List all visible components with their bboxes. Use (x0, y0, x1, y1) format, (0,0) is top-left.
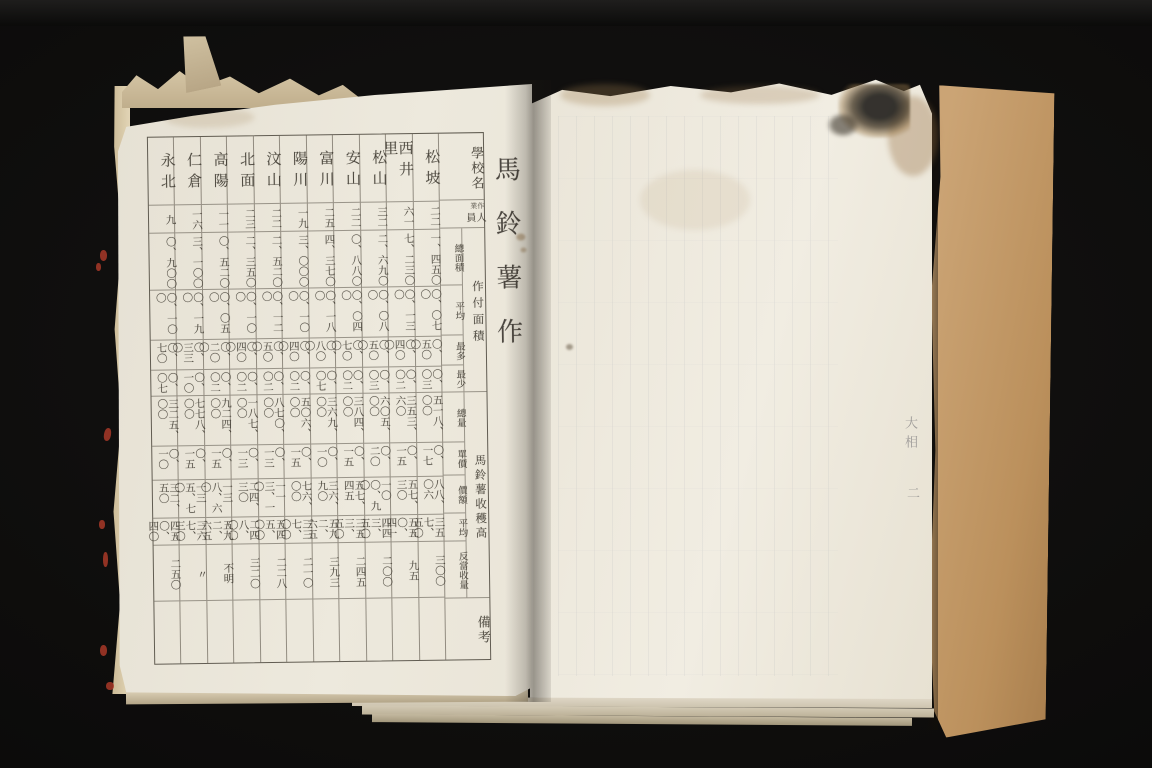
remarks-cell (234, 600, 260, 662)
area-sub-total: 總面積 (440, 228, 462, 286)
header-remarks: 備考 (445, 598, 490, 660)
table-cell: 九五 (392, 542, 418, 598)
photo-backdrop-glow (0, 0, 1152, 26)
page-top-stain (700, 86, 820, 104)
left-page-content: 永北九〇、九〇〇〇、一〇〇〇、七〇〇、〇七三二五、〇〇〇、一〇三二、五〇四五〇、… (114, 81, 537, 699)
table-cell: 〇、一九〇 (176, 290, 202, 340)
remarks-cell (340, 599, 366, 661)
table-cell: 五〇六、〇〇 (284, 395, 310, 445)
ink-stain-small (826, 112, 860, 138)
page-top-stain (560, 84, 650, 106)
table-cell: 〇、一五 (284, 444, 310, 478)
table-cell: 〇、〇五〇 (203, 290, 229, 340)
header-personnel-label: 人員 (440, 212, 484, 227)
remarks-cell (287, 600, 313, 662)
table-cell: 二三 (228, 204, 254, 232)
table-cell: 八七〇、〇〇 (257, 395, 283, 445)
table-cell: 〇、〇七 (310, 368, 336, 394)
remarks-cell (392, 598, 418, 660)
harvest-header-group: 總量 單價 價額 平均 反當收量 馬鈴薯收穫高 (442, 392, 489, 599)
remarks-cell (207, 601, 233, 663)
table-cell: 〇、〇七〇 (415, 287, 441, 337)
table-cell: 二二 (413, 201, 439, 229)
table-cell: 三六、九〇 (311, 478, 337, 516)
page-faint-stain (164, 107, 254, 128)
page-faint-stain (640, 170, 750, 230)
table-cell: 〇、一五 (390, 443, 416, 477)
table-cell: 六〇五、〇〇 (363, 393, 389, 443)
red-edge-mark (96, 263, 101, 271)
table-cell: 五七、三〇 (391, 477, 417, 515)
table-cell: 〃 (180, 545, 206, 601)
table-cell: 二四五 (339, 543, 365, 599)
harvest-group-label: 馬鈴薯收穫高 (463, 392, 489, 597)
table-cell: 一一三、一〇 (258, 479, 284, 517)
table-cell: 三二五、〇〇 (152, 396, 178, 446)
area-group-label: 作付面積 (461, 228, 486, 391)
remarks-cell (313, 599, 339, 661)
table-cell: 〇、一五 (205, 445, 231, 479)
table-cell: 〇、一〇 (178, 370, 204, 396)
table-cell: 〇、一〇〇 (229, 290, 255, 340)
table-cell: 一三八、六〇 (206, 479, 232, 517)
header-school-name: 學校名 (439, 133, 484, 201)
pencil-note-line2: 二 (903, 486, 922, 505)
table-cell: 〇、〇二 (336, 368, 362, 394)
table-cell: 〇、〇三 (416, 367, 442, 393)
kraft-paper-sheet (921, 85, 1054, 739)
area-sub-labels: 總面積 平均 最多 最少 (440, 228, 463, 391)
table-cell: 四、三七〇 (308, 231, 334, 289)
header-personnel-small: 作業 (440, 202, 484, 213)
school-name: 陽川 (280, 136, 306, 204)
table-cell: 〇、五二〇 (202, 232, 228, 290)
table-cell: 一〇〇、九〇 (364, 477, 390, 515)
red-edge-mark (103, 552, 108, 567)
red-edge-mark (100, 250, 107, 261)
school-name: 西井里 (386, 134, 412, 202)
table-cell: 〇、一三 (258, 445, 284, 479)
area-sub-least: 最少 (442, 365, 463, 391)
area-sub-average: 平均 (441, 286, 463, 336)
table-cell: 不明 (206, 545, 232, 601)
table-cell: 二〇〇 (365, 543, 391, 599)
school-name: 富川 (307, 135, 333, 203)
red-edge-mark (100, 645, 107, 656)
table-cell: 二、五二〇 (255, 232, 281, 290)
table-cell: 三八四、〇〇 (337, 394, 363, 444)
table-cell: 〇、八八〇 (334, 230, 360, 288)
table-cell: 二二 (255, 204, 281, 232)
harvest-sub-labels: 總量 單價 價額 平均 反當收量 (442, 392, 466, 597)
left-document-page: 永北九〇、九〇〇〇、一〇〇〇、七〇〇、〇七三二五、〇〇〇、一〇三二、五〇四五〇、… (118, 84, 532, 696)
remarks-cell (419, 598, 445, 660)
table-cell: 〇、〇七 (151, 370, 177, 396)
header-personnel: 作業人員 (440, 200, 484, 228)
red-edge-mark (106, 682, 114, 690)
table-cell: 〇、一五 (337, 444, 363, 478)
table-cell: 一八七、〇〇 (231, 395, 257, 445)
harvest-sub-value: 價額 (444, 476, 466, 514)
table-cell: 二二 (334, 203, 360, 231)
harvest-sub-unitprice: 單價 (443, 442, 464, 476)
table-cell: 〇、一二〇 (256, 289, 282, 339)
table-cell: 〇、〇三 (363, 368, 389, 394)
table-cell: 九二四、〇〇 (204, 396, 230, 446)
red-edge-mark (99, 520, 105, 529)
school-name: 安山 (333, 135, 359, 203)
table-cell: 一一 (202, 204, 228, 232)
table-cell: 〇、九〇〇 (149, 233, 175, 291)
table-cell: 〇、一五 (179, 446, 205, 480)
table-cell: 二、三五〇 (229, 232, 255, 290)
table-cell: 二、六九〇 (361, 230, 387, 288)
table-cell: 〇、一八〇 (309, 289, 335, 339)
school-name: 汶山 (254, 136, 280, 204)
table-cell: 三六九、〇〇 (310, 394, 336, 444)
table-header-column: 學校名 作業人員 總面積 平均 最多 最少 作付面積 總量 單價 價額 (439, 133, 490, 660)
table-cell: 二二八 (259, 544, 285, 600)
area-sub-most: 最多 (442, 335, 463, 365)
table-cell: 二一〇 (286, 544, 312, 600)
harvest-sub-average: 平均 (444, 514, 465, 542)
potato-crop-table: 永北九〇、九〇〇〇、一〇〇〇、七〇〇、〇七三二五、〇〇〇、一〇三二、五〇四五〇、… (147, 132, 491, 665)
table-cell: 九 (149, 205, 175, 233)
school-name: 仁倉 (174, 137, 200, 205)
remarks-cell (181, 601, 207, 663)
table-cell: 七六、〇〇 (285, 478, 311, 516)
table-cell: 〇、〇二 (389, 367, 415, 393)
table-cell: 三、一〇〇 (176, 233, 202, 291)
table-cell: 三〇〇 (418, 542, 444, 598)
table-cell: 三、〇〇〇 (281, 231, 307, 289)
school-name: 高陽 (201, 137, 227, 205)
table-cell: 〇、一〇〇 (150, 291, 176, 341)
table-cell: 七七八、〇〇 (178, 396, 204, 446)
table-cell: 一、四五〇 (414, 229, 440, 287)
page-title-vertical: 馬鈴薯作 (487, 155, 527, 371)
table-cell: 〇、二〇 (364, 443, 390, 477)
table-cell: 七、二三〇 (387, 230, 413, 288)
table-cell: 三二 (360, 202, 386, 230)
table-cell: 五一八、〇〇 (416, 393, 442, 443)
table-cell: 六一 (387, 202, 413, 230)
table-cell: 二五 (308, 203, 334, 231)
page-spot (566, 344, 573, 350)
table-cell: 〇、一〇〇 (282, 289, 308, 339)
table-cell: 〇、一三 (232, 445, 258, 479)
table-cell: 〇、一三〇 (388, 287, 414, 337)
table-cell: 三九三 (312, 544, 338, 600)
table-cell: 二五〇 (154, 546, 180, 602)
table-cell: 〇、一七 (417, 443, 443, 477)
table-cell: 〇、〇二 (283, 369, 309, 395)
pencil-note-line1: 大相 (901, 416, 920, 454)
table-cell: 〇、〇八〇 (362, 288, 388, 338)
area-header-group: 總面積 平均 最多 最少 作付面積 (440, 228, 486, 393)
remarks-cell (154, 602, 180, 664)
school-name: 松坡 (412, 134, 438, 202)
table-cell: 〇、一〇 (152, 446, 178, 480)
table-cell: 〇、〇二 (257, 369, 283, 395)
table-cell: 三五三、六〇 (390, 393, 416, 443)
school-name: 永北 (148, 137, 174, 205)
remarks-cell (366, 599, 392, 661)
table-cell: 〇、一〇 (311, 444, 337, 478)
school-name: 北面 (227, 136, 253, 204)
table-cell: 一六 (175, 205, 201, 233)
table-cell: 〇、〇二 (204, 370, 230, 396)
table-cell: 〇、〇二 (230, 369, 256, 395)
page-spot (520, 247, 526, 252)
table-cell: 三五七、五〇 (418, 514, 444, 542)
table-cell: 一九 (281, 203, 307, 231)
table-cell: 〇、〇四〇 (335, 288, 361, 338)
remarks-cell (260, 600, 286, 662)
harvest-sub-total: 總量 (442, 392, 464, 442)
harvest-sub-yield: 反當收量 (445, 541, 467, 597)
table-cell: 〇、五〇〇 (415, 337, 441, 367)
table-cell: 三二〇 (233, 545, 259, 601)
table-cell: 八八、〇六 (417, 476, 443, 514)
